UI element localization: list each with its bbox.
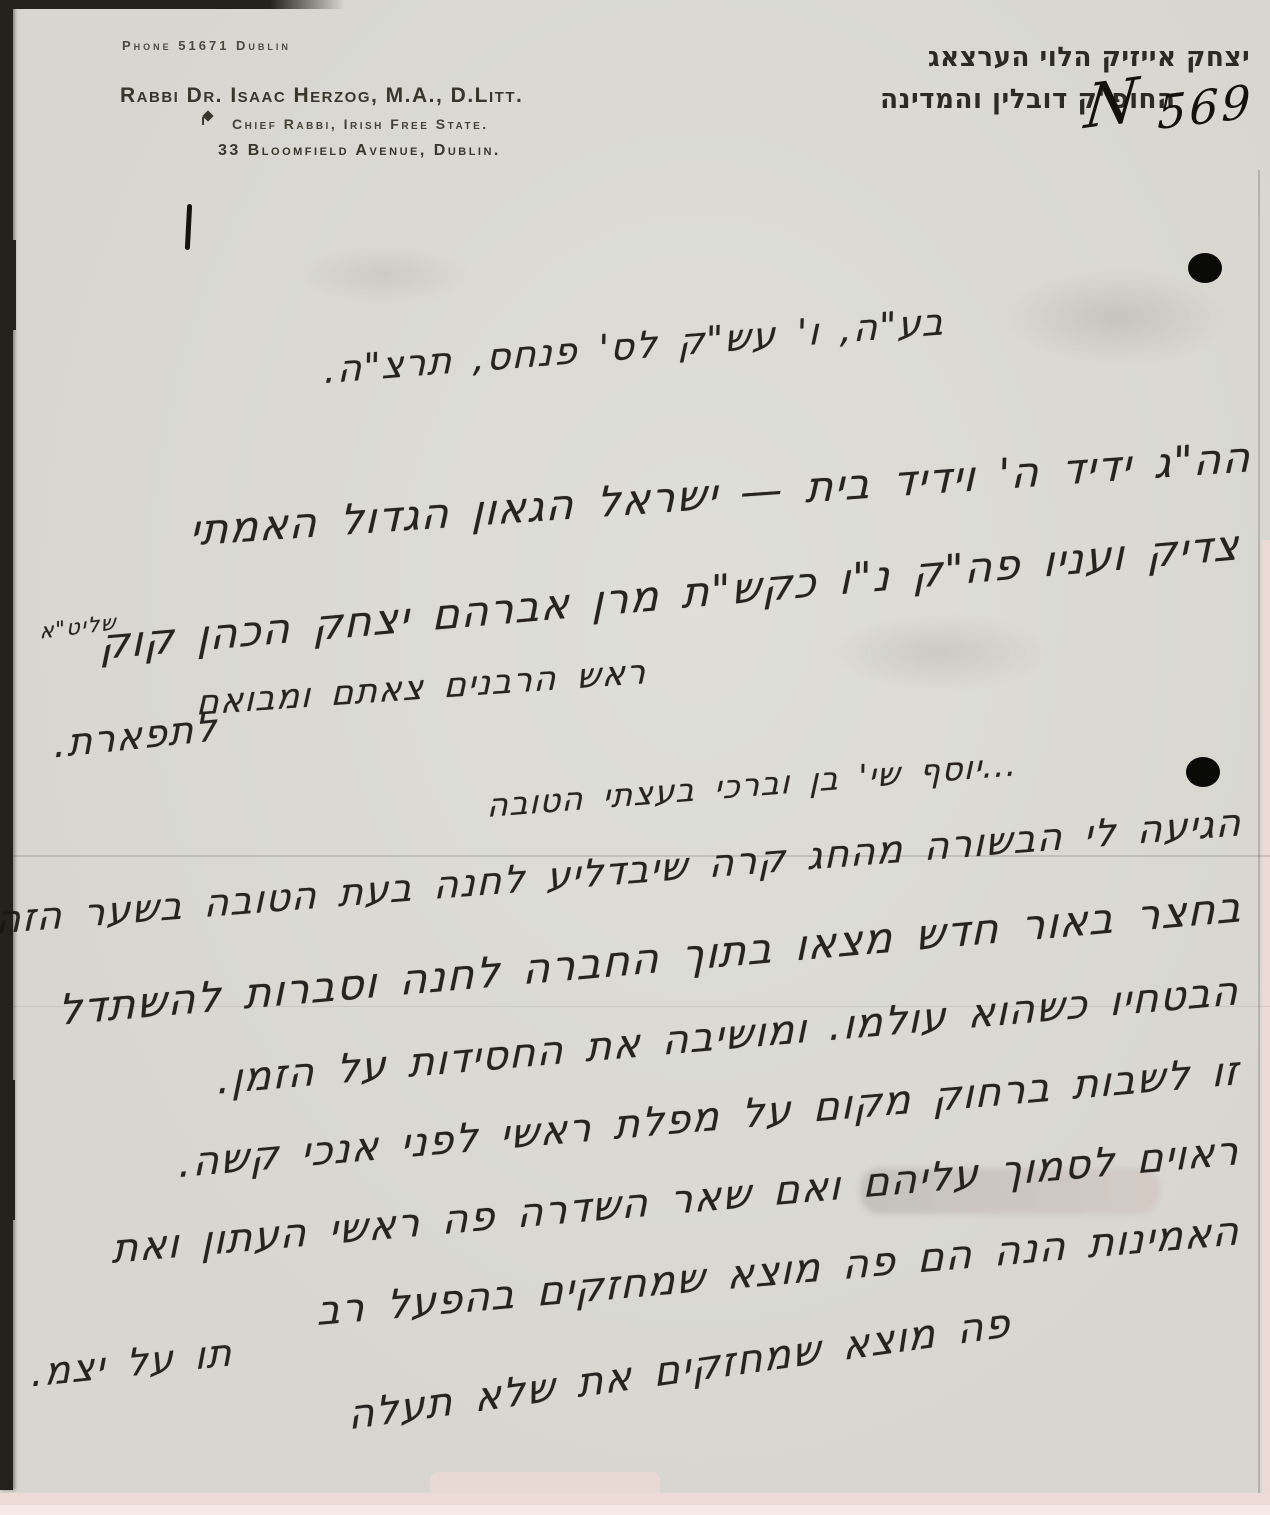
letterhead-ornament-icon	[202, 110, 213, 121]
ink-bleed-smudge	[830, 615, 1050, 690]
ink-bleed-smudge	[1000, 270, 1230, 365]
docket-number: N 569	[1085, 74, 1254, 134]
bottom-pink-patch	[430, 1472, 660, 1498]
handwritten-line: לתפארת.	[54, 705, 218, 766]
stray-pen-mark	[185, 204, 192, 250]
handwritten-line: תו על יצמ.	[31, 1330, 233, 1395]
handwritten-line: ...יוסף שי' בן וברכי בעצתי הטובה	[486, 745, 1018, 825]
punch-hole-bottom	[1186, 757, 1220, 787]
handwritten-line: בע"ה, ו' עש"ק לס' פנחס, תרצ"ה.	[323, 300, 945, 392]
scan-edge-pink	[1262, 540, 1270, 1495]
hebrew-letterhead-name: יצחק אייזיק הלוי הערצאג	[928, 42, 1250, 73]
scan-edge-line	[1258, 170, 1260, 1495]
letterhead-name: Rabbi Dr. Isaac Herzog, M.A., D.Litt.	[120, 84, 523, 108]
letterhead-phone: Phone 51671 Dublin	[122, 38, 291, 53]
docket-value: 569	[1157, 78, 1254, 136]
ink-bleed-smudge	[300, 245, 470, 305]
letter-page: Phone 51671 Dublin Rabbi Dr. Isaac Herzo…	[0, 0, 1270, 1515]
letterhead-address: 33 Bloomfield Avenue, Dublin.	[218, 142, 501, 160]
scan-border-top	[0, 0, 345, 9]
punch-hole-top	[1188, 253, 1222, 283]
docket-mark: N	[1082, 70, 1140, 139]
letterhead-title: Chief Rabbi, Irish Free State.	[232, 116, 489, 132]
handwritten-line: ראש הרבנים צאתם ומבואם	[196, 652, 648, 724]
bottom-pink-strip-light	[0, 1505, 1270, 1515]
scan-border-left	[0, 0, 13, 1490]
